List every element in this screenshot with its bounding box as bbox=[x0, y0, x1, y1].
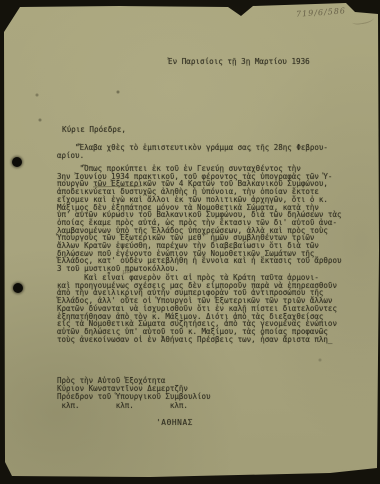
paragraph-1: "Ἔλαβα χθὲς τὸ ἐμπιστευτικὸν γράμμα σας … bbox=[57, 144, 328, 159]
paper-sheet: 719/6/586 Ἐν Παρισίοις τῇ 3ῃ Μαρτίου 193… bbox=[0, 0, 380, 484]
hole-punch-top bbox=[12, 157, 22, 167]
recipient-line-etc: κλπ. κλπ. κλπ. bbox=[57, 402, 211, 410]
dateline: Ἐν Παρισίοις τῇ 3ῃ Μαρτίου 1936 bbox=[168, 57, 310, 66]
hole-punch-bottom bbox=[13, 283, 23, 293]
recipient-city: 'ΑΘΗΝΑΣ bbox=[156, 418, 193, 427]
recipient-address-block: Πρὸς τὴν Αὐτοῦ Ἐξοχότητα Κύριον Κωνσταντ… bbox=[57, 377, 211, 410]
salutation: Κύριε Πρόεδρε, bbox=[62, 125, 126, 134]
paragraph-2: "Ὅπως προκύπτει ἐκ τοῦ ἐν Γενεύῃ συνταχθ… bbox=[57, 165, 341, 273]
paragraph-3: Καὶ εἶναι φανερὸν ὅτι αἱ πρὸς τὰ Κράτη τ… bbox=[57, 274, 337, 343]
scan-background: 719/6/586 Ἐν Παρισίοις τῇ 3ῃ Μαρτίου 193… bbox=[0, 0, 380, 484]
